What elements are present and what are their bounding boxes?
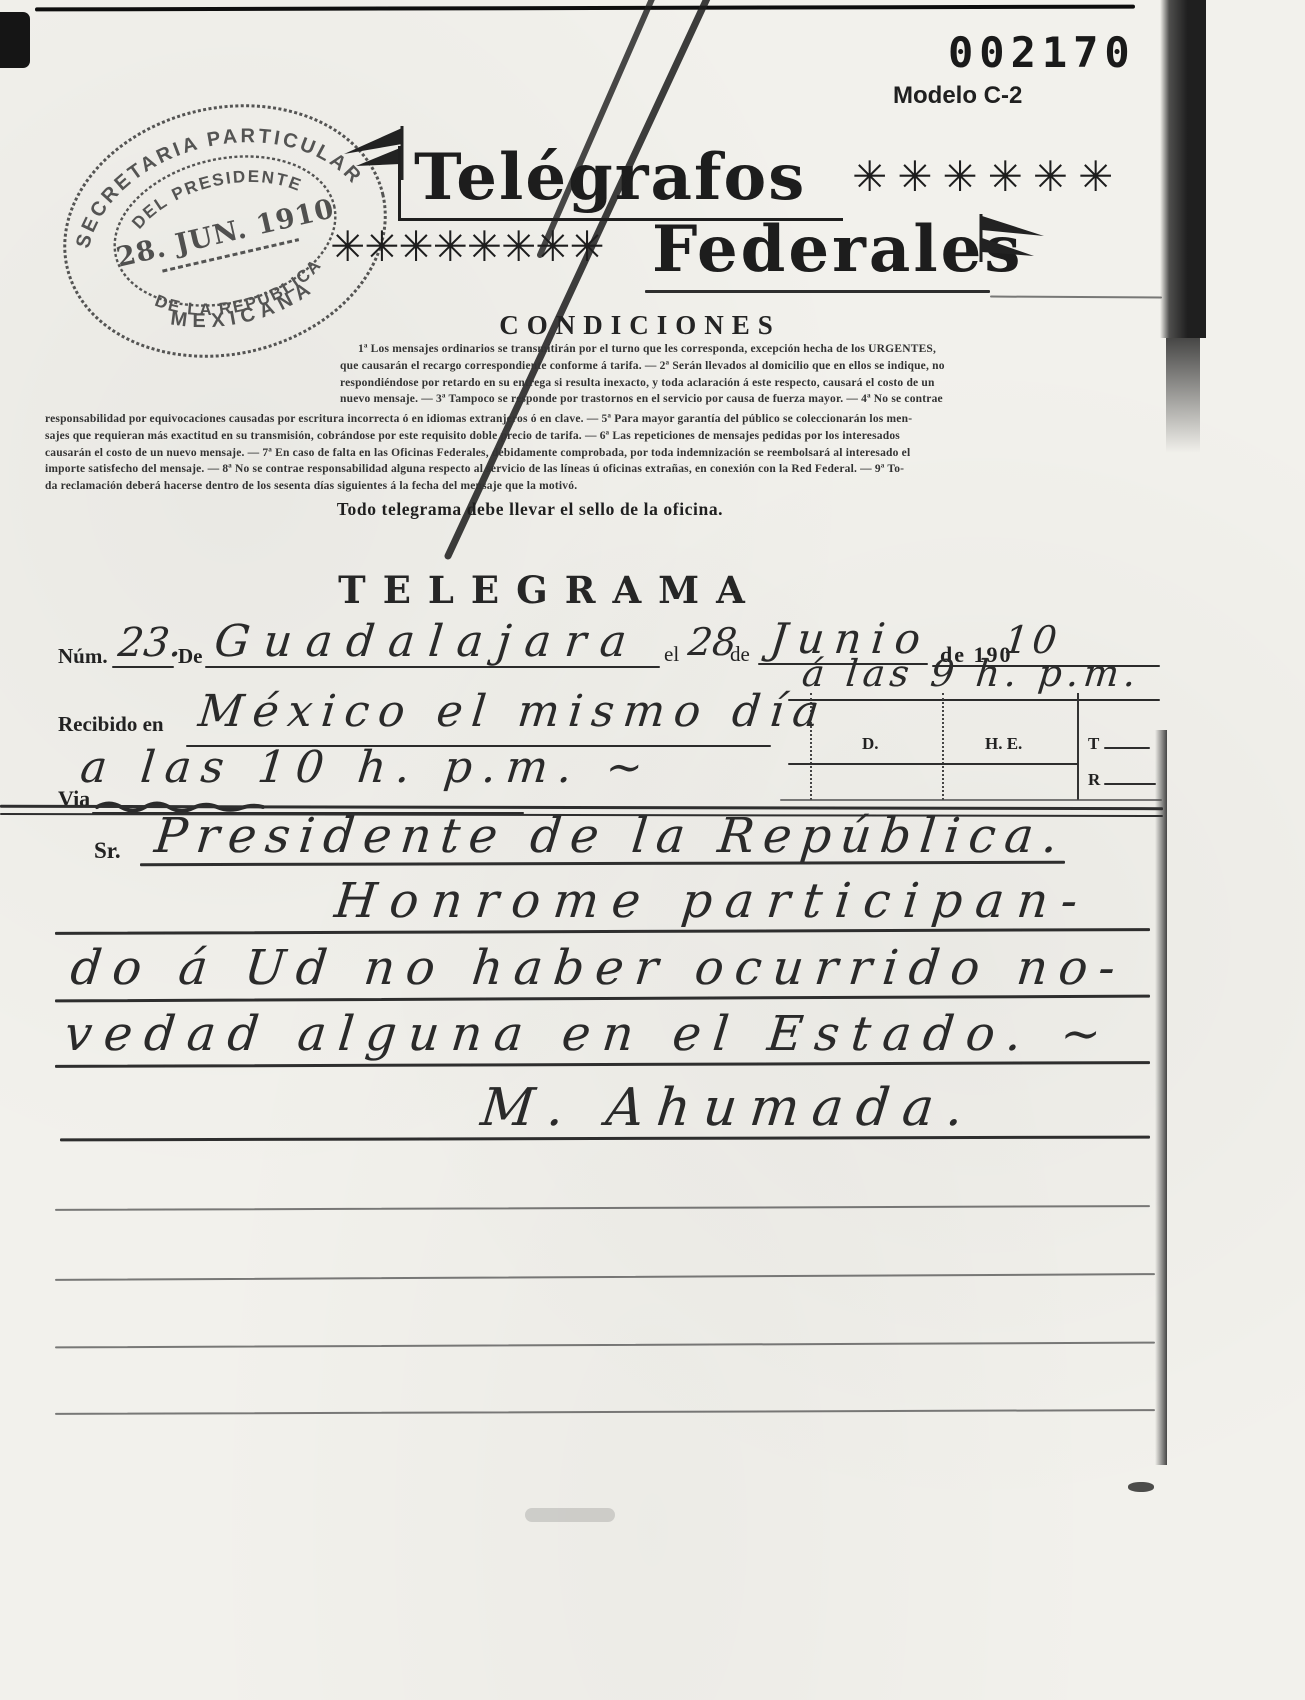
- grid-bottom-line: [780, 799, 1162, 801]
- masthead-title-line2: Federales: [652, 212, 1023, 287]
- ruled-line-empty: [55, 1205, 1150, 1211]
- scan-artifact-right-edge-line: [1155, 730, 1167, 1465]
- grid-col-r-label: R: [1088, 770, 1100, 790]
- recibido-label: Recibido en: [58, 712, 164, 737]
- masthead-line2-underline-extension: [990, 296, 1162, 299]
- conditions-line: nuevo mensaje. — 3ª Tampoco se responde …: [340, 391, 1042, 408]
- signature-rule: [60, 1136, 1150, 1142]
- grid-col-he-label: H. E.: [985, 734, 1022, 754]
- scan-artifact-bottom-smudge: [525, 1508, 615, 1522]
- conditions-indented-block: 1ª Los mensajes ordinarios se transmitir…: [340, 341, 1042, 408]
- conditions-line: respondiéndose por retardo en su entrega…: [340, 375, 1042, 392]
- origin-value: Guadalajara: [212, 616, 643, 667]
- de-label: De: [178, 644, 203, 669]
- signature-value: M. Ahumada.: [478, 1078, 979, 1138]
- de2-label: de: [730, 642, 750, 667]
- via-label: Via: [58, 786, 90, 812]
- message-line-2: do á Ud no haber ocurrido no-: [68, 940, 1129, 996]
- serial-number: 002170: [948, 28, 1136, 77]
- num-value: 23.: [116, 620, 184, 666]
- message-line-1: Honrome participan-: [332, 873, 1093, 929]
- grid-t-dash: [1104, 747, 1150, 749]
- conditions-note: Todo telegrama debe llevar el sello de l…: [160, 499, 900, 520]
- conditions-line: 1ª Los mensajes ordinarios se transmitir…: [340, 341, 1042, 358]
- scan-artifact-right-band-tail: [1166, 338, 1200, 453]
- grid-horizontal-line: [788, 763, 1078, 765]
- model-label: Modelo C-2: [893, 82, 1022, 110]
- ruled-line-empty: [55, 1273, 1155, 1281]
- conditions-line: importe satisfecho del mensaje. — 8ª No …: [45, 461, 1045, 478]
- scan-artifact-right-band: [1160, 0, 1206, 338]
- origin-underline: [205, 666, 660, 668]
- el-label: el: [664, 642, 679, 667]
- grid-divider-2: [942, 693, 944, 800]
- asterisk-row-after-line1: ✳✳✳✳✳✳: [852, 152, 1123, 201]
- num-underline: [112, 666, 174, 668]
- masthead-title-line1: Telégrafos: [414, 140, 806, 215]
- received-time-value: a las 10 h. p.m. ~: [78, 742, 655, 793]
- telegram-page: 002170 Modelo C-2 SECRETARIA PARTICULAR …: [0, 0, 1305, 1700]
- message-line-3: vedad alguna en el Estado. ~: [62, 1006, 1116, 1062]
- conditions-line: da reclamación deberá hacerse dentro de …: [45, 478, 1045, 495]
- ruled-line-empty: [55, 1409, 1155, 1415]
- pennant-icon-left: [340, 124, 404, 187]
- message-rule-3: [55, 1061, 1150, 1068]
- conditions-full-block: responsabilidad por equivocaciones causa…: [45, 411, 1045, 495]
- addressee-value: Presidente de la República.: [152, 808, 1070, 864]
- sent-time-underline: [788, 699, 1160, 701]
- message-rule-1: [55, 928, 1150, 935]
- sent-time-value: á las 9 h. p.m.: [800, 652, 1143, 695]
- scan-artifact-bottom-speck: [1128, 1482, 1154, 1492]
- asterisk-row-before-line2: ✳✳✳✳✳✳✳✳: [330, 222, 604, 271]
- scan-artifact-top-line: [35, 5, 1135, 12]
- grid-divider-3: [1077, 693, 1079, 800]
- grid-col-t-label: T: [1088, 734, 1099, 754]
- pennant-icon-right: [978, 212, 1048, 269]
- masthead-line2-underline: [645, 290, 990, 293]
- sr-label: Sr.: [94, 838, 121, 864]
- conditions-line: sajes que requieran más exactitud en su …: [45, 428, 1045, 445]
- ruled-line-empty: [55, 1342, 1155, 1349]
- scan-artifact-topleft-blob: [0, 12, 30, 68]
- conditions-line: que causarán el recargo correspondiente …: [340, 358, 1042, 375]
- grid-col-d-label: D.: [862, 734, 879, 754]
- received-place-value: México el mismo día: [196, 686, 831, 737]
- num-label: Núm.: [58, 644, 108, 669]
- telegram-title: TELEGRAMA: [200, 568, 900, 612]
- conditions-title: CONDICIONES: [340, 310, 940, 341]
- grid-r-dash: [1104, 783, 1156, 785]
- conditions-line: responsabilidad por equivocaciones causa…: [45, 411, 1045, 428]
- conditions-line: causarán el costo de un nuevo mensaje. —…: [45, 445, 1045, 462]
